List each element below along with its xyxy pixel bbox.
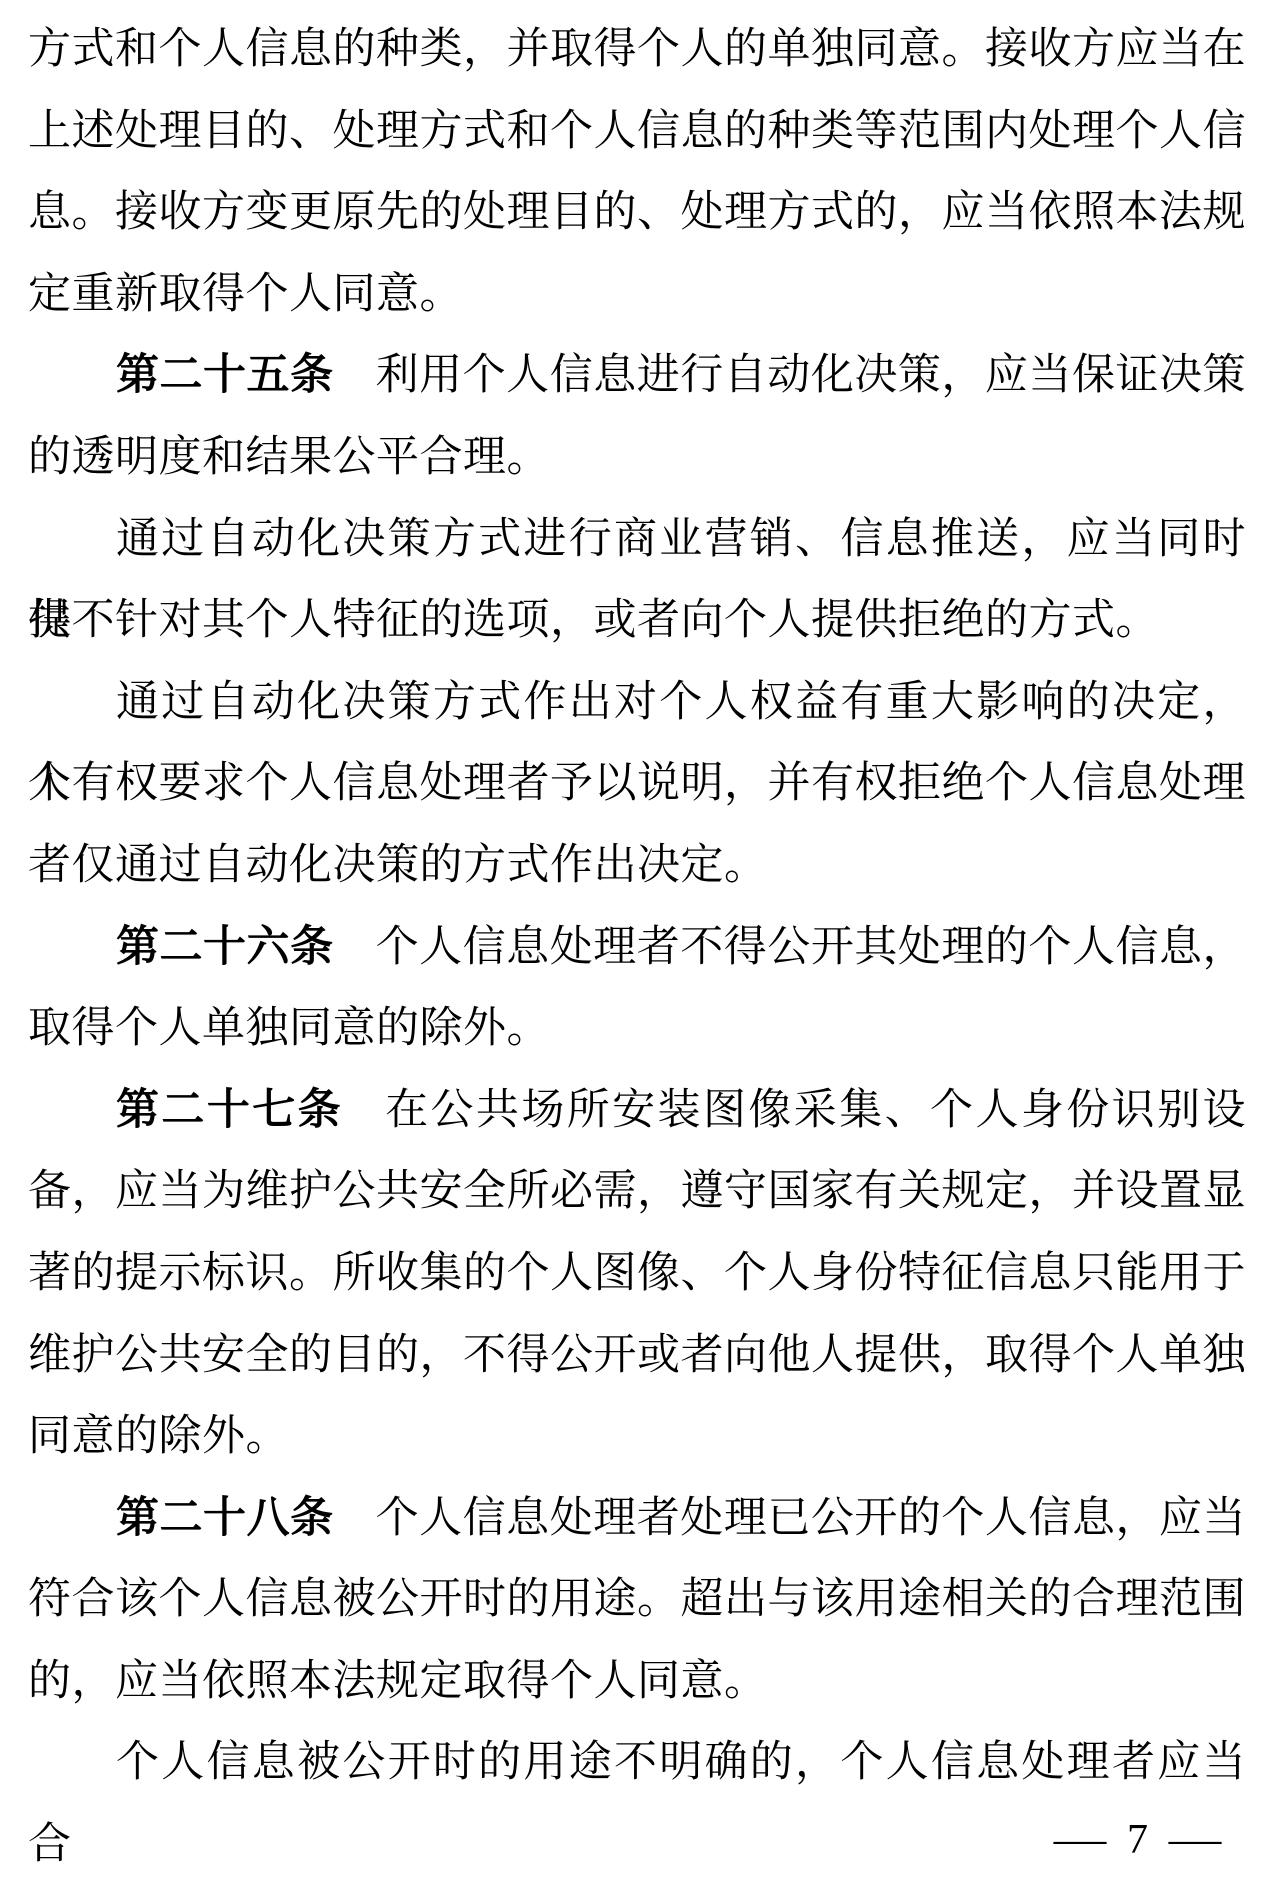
text-line: 第二十八条个人信息处理者处理已公开的个人信息，应当 bbox=[28, 1478, 1246, 1560]
line-text: 的透明度和结果公平合理。 bbox=[28, 434, 550, 481]
article-number-heading: 第二十八条 bbox=[116, 1494, 334, 1542]
line-text: 上述处理目的、处理方式和个人信息的种类等范围内处理个人信 bbox=[28, 108, 1246, 155]
text-line: 上述处理目的、处理方式和个人信息的种类等范围内处理个人信 bbox=[28, 91, 1246, 173]
text-line: 第二十七条在公共场所安装图像采集、个人身份识别设 bbox=[28, 1070, 1246, 1152]
text-line: 方式和个人信息的种类，并取得个人的单独同意。接收方应当在 bbox=[28, 9, 1246, 91]
footer-dash-left: — bbox=[1054, 1812, 1107, 1868]
line-text: 备，应当为维护公共安全所必需，遵守国家有关规定，并设置显 bbox=[28, 1168, 1246, 1215]
line-text: 人有权要求个人信息处理者予以说明，并有权拒绝个人信息处理 bbox=[28, 760, 1246, 807]
text-line: 第二十五条利用个人信息进行自动化决策，应当保证决策 bbox=[28, 335, 1246, 417]
article-number-heading: 第二十七条 bbox=[116, 1086, 343, 1134]
line-text: 维护公共安全的目的，不得公开或者向他人提供，取得个人单独 bbox=[28, 1332, 1246, 1379]
line-text: 供不针对其个人特征的选项，或者向个人提供拒绝的方式。 bbox=[28, 597, 1159, 644]
text-line: 通过自动化决策方式作出对个人权益有重大影响的决定，个 bbox=[28, 662, 1246, 744]
line-text: 的，应当依照本法规定取得个人同意。 bbox=[28, 1658, 768, 1705]
text-line: 定重新取得个人同意。 bbox=[28, 254, 1246, 336]
text-line: 个人信息被公开时的用途不明确的，个人信息处理者应当合 bbox=[28, 1722, 1246, 1804]
line-text: 利用个人信息进行自动化决策，应当保证决策 bbox=[376, 352, 1246, 399]
line-text: 者仅通过自动化决策的方式作出决定。 bbox=[28, 842, 768, 889]
text-line: 供不针对其个人特征的选项，或者向个人提供拒绝的方式。 bbox=[28, 580, 1246, 662]
line-text: 方式和个人信息的种类，并取得个人的单独同意。接收方应当在 bbox=[28, 26, 1246, 73]
text-line: 同意的除外。 bbox=[28, 1396, 1246, 1478]
page-number: 7 bbox=[1127, 1812, 1148, 1868]
footer-dash-right: — bbox=[1169, 1812, 1222, 1868]
text-line: 者仅通过自动化决策的方式作出决定。 bbox=[28, 825, 1246, 907]
line-text: 息。接收方变更原先的处理目的、处理方式的，应当依照本法规 bbox=[28, 189, 1246, 236]
text-line: 备，应当为维护公共安全所必需，遵守国家有关规定，并设置显 bbox=[28, 1151, 1246, 1233]
line-text: 同意的除外。 bbox=[28, 1413, 289, 1460]
article-number-heading: 第二十五条 bbox=[116, 351, 334, 399]
text-line: 息。接收方变更原先的处理目的、处理方式的，应当依照本法规 bbox=[28, 172, 1246, 254]
text-line: 的透明度和结果公平合理。 bbox=[28, 417, 1246, 499]
text-line: 取得个人单独同意的除外。 bbox=[28, 988, 1246, 1070]
text-line: 维护公共安全的目的，不得公开或者向他人提供，取得个人单独 bbox=[28, 1315, 1246, 1397]
line-text: 著的提示标识。所收集的个人图像、个人身份特征信息只能用于 bbox=[28, 1250, 1246, 1297]
line-text: 在公共场所安装图像采集、个人身份识别设 bbox=[385, 1087, 1246, 1134]
text-line: 的，应当依照本法规定取得个人同意。 bbox=[28, 1641, 1246, 1723]
line-text: 个人信息处理者处理已公开的个人信息，应当 bbox=[376, 1495, 1246, 1542]
text-line: 著的提示标识。所收集的个人图像、个人身份特征信息只能用于 bbox=[28, 1233, 1246, 1315]
text-line: 人有权要求个人信息处理者予以说明，并有权拒绝个人信息处理 bbox=[28, 743, 1246, 825]
line-text: 个人信息处理者不得公开其处理的个人信息， bbox=[376, 924, 1246, 971]
text-line: 第二十六条个人信息处理者不得公开其处理的个人信息， bbox=[28, 907, 1246, 989]
document-text-block: 方式和个人信息的种类，并取得个人的单独同意。接收方应当在 上述处理目的、处理方式… bbox=[28, 9, 1246, 1804]
line-text: 定重新取得个人同意。 bbox=[28, 271, 463, 318]
line-text: 取得个人单独同意的除外。 bbox=[28, 1005, 550, 1052]
article-number-heading: 第二十六条 bbox=[116, 923, 334, 971]
line-text: 符合该个人信息被公开时的用途。超出与该用途相关的合理范围 bbox=[28, 1576, 1246, 1623]
text-line: 通过自动化决策方式进行商业营销、信息推送，应当同时提 bbox=[28, 499, 1246, 581]
page-footer: — 7 — bbox=[1059, 1812, 1216, 1868]
text-line: 符合该个人信息被公开时的用途。超出与该用途相关的合理范围 bbox=[28, 1559, 1246, 1641]
